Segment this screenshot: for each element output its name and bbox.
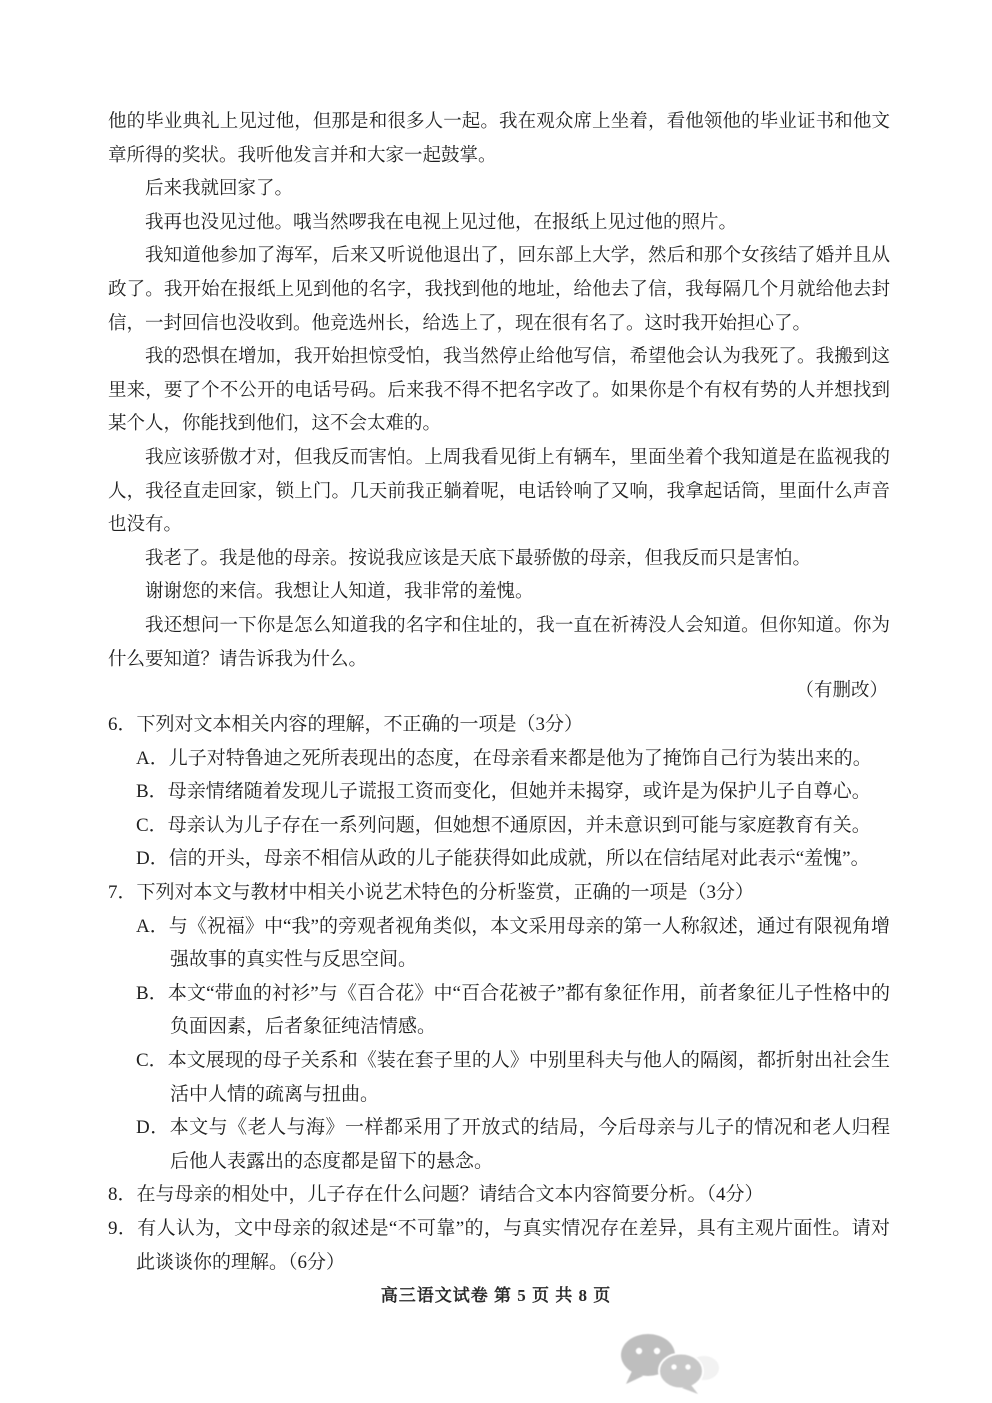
- passage-paragraph: 谢谢您的来信。我想让人知道，我非常的羞愧。: [108, 576, 890, 610]
- wechat-icon: [612, 1330, 722, 1396]
- question-7: 7．下列对本文与教材中相关小说艺术特色的分析鉴赏，正确的一项是（3分）: [108, 876, 890, 910]
- question-9: 9．有人认为，文中母亲的叙述是“不可靠”的，与真实情况存在差异，具有主观片面性。…: [108, 1212, 890, 1279]
- question-6-option-D: D．信的开头，母亲不相信从政的儿子能获得如此成就，所以在信结尾对此表示“羞愧”。: [136, 842, 890, 876]
- option-text: 本文与《老人与海》一样都采用了开放式的结局，今后母亲与儿子的情况和老人归程后他人…: [170, 1117, 890, 1172]
- option-label: B．: [136, 983, 168, 1004]
- option-text: 儿子对特鲁迪之死所表现出的态度，在母亲看来都是他为了掩饰自己行为装出来的。: [169, 748, 872, 769]
- reading-passage: 他的毕业典礼上见过他，但那是和很多人一起。我在观众席上坐着，看他领他的毕业证书和…: [108, 106, 890, 677]
- option-label: C．: [136, 815, 168, 836]
- question-6-option-B: B．母亲情绪随着发现儿子谎报工资而变化，但她并未揭穿，或许是为保护儿子自尊心。: [136, 775, 890, 809]
- question-stem: 下列对文本相关内容的理解，不正确的一项是（3分）: [137, 714, 584, 735]
- option-label: C．: [136, 1050, 168, 1071]
- source-note: （有删改）: [108, 678, 890, 705]
- option-text: 本文“带血的衬衫”与《百合花》中“百合花被子”都有象征作用，前者象征儿子性格中的…: [168, 983, 890, 1038]
- question-section: 6．下列对文本相关内容的理解，不正确的一项是（3分）A．儿子对特鲁迪之死所表现出…: [108, 708, 890, 1279]
- passage-paragraph: 我再也没见过他。哦当然啰我在电视上见过他，在报纸上见过他的照片。: [108, 207, 890, 241]
- question-number: 8．: [108, 1184, 137, 1205]
- exam-page: 他的毕业典礼上见过他，但那是和很多人一起。我在观众席上坐着，看他领他的毕业证书和…: [0, 0, 992, 1403]
- question-number: 9．: [108, 1218, 137, 1239]
- option-label: A．: [136, 748, 169, 769]
- passage-paragraph: 我的恐惧在增加，我开始担惊受怕，我当然停止给他写信，希望他会认为我死了。我搬到这…: [108, 341, 890, 442]
- option-text: 母亲认为儿子存在一系列问题，但她想不通原因，并未意识到可能与家庭教育有关。: [168, 815, 871, 836]
- question-6-option-C: C．母亲认为儿子存在一系列问题，但她想不通原因，并未意识到可能与家庭教育有关。: [136, 809, 890, 843]
- passage-paragraph: 我应该骄傲才对，但我反而害怕。上周我看见街上有辆车，里面坐着个我知道是在监视我的…: [108, 442, 890, 543]
- passage-paragraph: 他的毕业典礼上见过他，但那是和很多人一起。我在观众席上坐着，看他领他的毕业证书和…: [108, 106, 890, 173]
- passage-paragraph: 我还想问一下你是怎么知道我的名字和住址的，我一直在祈祷没人会知道。但你知道。你为…: [108, 610, 890, 677]
- question-7-option-A: A．与《祝福》中“我”的旁观者视角类似，本文采用母亲的第一人称叙述，通过有限视角…: [136, 910, 890, 977]
- wechat-bubble-small: [659, 1354, 703, 1395]
- question-number: 6．: [108, 714, 137, 735]
- question-stem: 在与母亲的相处中，儿子存在什么问题？请结合文本内容简要分析。（4分）: [137, 1184, 764, 1205]
- question-8: 8．在与母亲的相处中，儿子存在什么问题？请结合文本内容简要分析。（4分）: [108, 1178, 890, 1212]
- option-text: 本文展现的母子关系和《装在套子里的人》中别里科夫与他人的隔阂，都折射出社会生活中…: [168, 1050, 890, 1105]
- question-number: 7．: [108, 882, 137, 903]
- passage-paragraph: 我知道他参加了海军，后来又听说他退出了，回东部上大学，然后和那个女孩结了婚并且从…: [108, 240, 890, 341]
- question-6: 6．下列对文本相关内容的理解，不正确的一项是（3分）: [108, 708, 890, 742]
- question-7-option-B: B．本文“带血的衬衫”与《百合花》中“百合花被子”都有象征作用，前者象征儿子性格…: [136, 977, 890, 1044]
- option-label: D．: [136, 1117, 170, 1138]
- option-label: D．: [136, 848, 169, 869]
- question-6-option-A: A．儿子对特鲁迪之死所表现出的态度，在母亲看来都是他为了掩饰自己行为装出来的。: [136, 742, 890, 776]
- option-text: 与《祝福》中“我”的旁观者视角类似，本文采用母亲的第一人称叙述，通过有限视角增强…: [169, 916, 890, 971]
- passage-paragraph: 我老了。我是他的母亲。按说我应该是天底下最骄傲的母亲，但我反而只是害怕。: [108, 543, 890, 577]
- question-stem: 有人认为，文中母亲的叙述是“不可靠”的，与真实情况存在差异，具有主观片面性。请对…: [136, 1218, 890, 1273]
- option-text: 母亲情绪随着发现儿子谎报工资而变化，但她并未揭穿，或许是为保护儿子自尊心。: [168, 781, 871, 802]
- question-7-option-D: D．本文与《老人与海》一样都采用了开放式的结局，今后母亲与儿子的情况和老人归程后…: [136, 1111, 890, 1178]
- passage-paragraph: 后来我就回家了。: [108, 173, 890, 207]
- page-footer: 高三语文试卷 第 5 页 共 8 页: [0, 1281, 992, 1306]
- option-text: 信的开头，母亲不相信从政的儿子能获得如此成就，所以在信结尾对此表示“羞愧”。: [169, 848, 870, 869]
- footer-text: 高三语文试卷 第 5 页 共 8 页: [381, 1286, 612, 1305]
- question-7-option-C: C．本文展现的母子关系和《装在套子里的人》中别里科夫与他人的隔阂，都折射出社会生…: [136, 1044, 890, 1111]
- option-label: A．: [136, 916, 169, 937]
- question-stem: 下列对本文与教材中相关小说艺术特色的分析鉴赏，正确的一项是（3分）: [137, 882, 755, 903]
- option-label: B．: [136, 781, 168, 802]
